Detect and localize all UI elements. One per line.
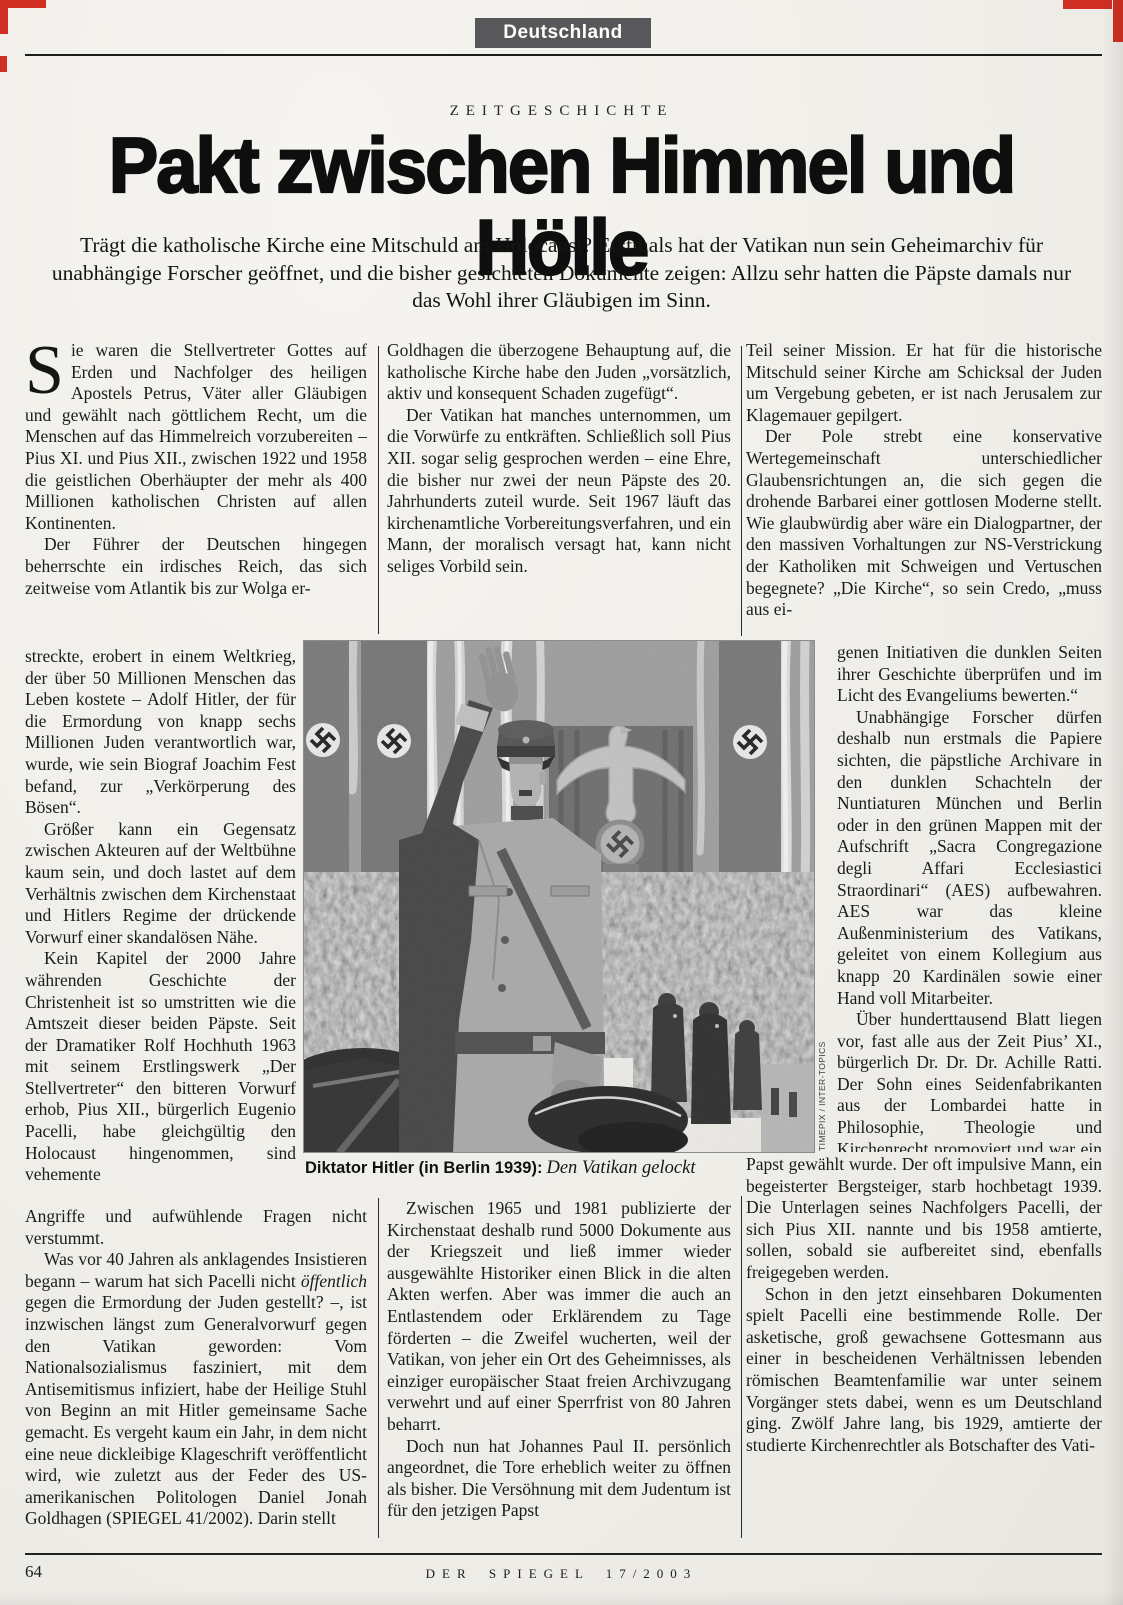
photo-grain bbox=[303, 640, 815, 1153]
paragraph: Größer kann ein Gegensatz zwischen Akteu… bbox=[25, 819, 296, 949]
column1-top: Sie waren die Stellvertreter Gottes auf … bbox=[25, 340, 367, 640]
column-rule-1-lower bbox=[378, 1198, 379, 1538]
column-rule-2-upper bbox=[741, 346, 742, 636]
photo-credit: TIMEPIX / INTER-TOPICS bbox=[817, 1041, 827, 1151]
magazine-page: Deutschland ZEITGESCHICHTE Pakt zwischen… bbox=[0, 0, 1123, 1605]
paragraph: Der Vatikan hat manches unternommen, um … bbox=[387, 405, 731, 578]
header-rule bbox=[25, 54, 1102, 56]
photo-caption: Diktator Hitler (in Berlin 1939): Den Va… bbox=[305, 1158, 775, 1179]
article-photo bbox=[303, 640, 815, 1153]
emphasized-word: öffentlich bbox=[301, 1271, 367, 1291]
column2-top: Goldhagen die überzogene Behauptung auf,… bbox=[387, 340, 731, 638]
scan-edge-shadow-bottom bbox=[0, 1591, 1123, 1605]
body-text: ie waren die Stellvertreter Gottes auf E… bbox=[25, 340, 367, 533]
kicker: ZEITGESCHICHTE bbox=[0, 103, 1123, 120]
column3-bottom: Papst gewählt wurde. Der oft impulsive M… bbox=[746, 1154, 1102, 1542]
scan-edge-shadow-right bbox=[1103, 0, 1123, 1605]
paragraph: Papst gewählt wurde. Der oft impulsive M… bbox=[746, 1154, 1102, 1284]
paragraph: genen Initiativen die dunklen Seiten ihr… bbox=[837, 642, 1102, 707]
paragraph: Über hunderttausend Blatt liegen vor, fa… bbox=[837, 1009, 1102, 1152]
column1-beside-photo: streckte, erobert in einem Weltkrieg, de… bbox=[25, 646, 296, 1204]
paragraph: Doch nun hat Johannes Paul II. persönlic… bbox=[387, 1436, 731, 1522]
column1-bottom: Angriffe und aufwühlende Fragen nicht ve… bbox=[25, 1206, 367, 1542]
paragraph: streckte, erobert in einem Weltkrieg, de… bbox=[25, 646, 296, 819]
column2-bottom: Zwischen 1965 und 1981 publizierte der K… bbox=[387, 1198, 731, 1542]
column3-beside-photo: genen Initiativen die dunklen Seiten ihr… bbox=[837, 642, 1102, 1152]
paragraph: Angriffe und aufwühlende Fragen nicht ve… bbox=[25, 1206, 367, 1249]
footer-rule bbox=[25, 1553, 1102, 1555]
magazine-name: DER SPIEGEL 17/2003 bbox=[0, 1566, 1123, 1582]
paragraph: Der Führer der Deutschen hingegen beherr… bbox=[25, 534, 367, 599]
paragraph: Unabhängige Forscher dürfen deshalb nun … bbox=[837, 707, 1102, 1009]
paragraph: Teil seiner Mission. Er hat für die hist… bbox=[746, 340, 1102, 426]
body-text: gegen die Ermordung der Juden gestellt? … bbox=[25, 1292, 367, 1528]
column-rule-2-lower bbox=[741, 1196, 742, 1538]
paragraph: Zwischen 1965 und 1981 publizierte der K… bbox=[387, 1198, 731, 1436]
photo-caption-label: Diktator Hitler (in Berlin 1939): bbox=[305, 1159, 542, 1177]
paragraph: Was vor 40 Jahren als anklagendes Insist… bbox=[25, 1249, 367, 1530]
column-rule-1-upper bbox=[378, 346, 379, 634]
paragraph: Der Pole strebt eine konservative Werteg… bbox=[746, 426, 1102, 620]
crop-mark-top-left-v bbox=[0, 0, 8, 34]
column3-top: Teil seiner Mission. Er hat für die hist… bbox=[746, 340, 1102, 640]
paragraph: Sie waren die Stellvertreter Gottes auf … bbox=[25, 340, 367, 534]
crop-mark-left-edge bbox=[0, 56, 7, 72]
section-tab: Deutschland bbox=[475, 18, 651, 48]
photo-caption-text: Den Vatikan gelockt bbox=[546, 1158, 695, 1178]
deck: Trägt die katholische Kirche eine Mitsch… bbox=[45, 232, 1078, 315]
paragraph: Goldhagen die überzogene Behauptung auf,… bbox=[387, 340, 731, 405]
paragraph: Schon in den jetzt einsehbaren Dokumente… bbox=[746, 1284, 1102, 1457]
drop-cap: S bbox=[25, 340, 71, 398]
paragraph: Kein Kapitel der 2000 Jahre währenden Ge… bbox=[25, 948, 296, 1186]
